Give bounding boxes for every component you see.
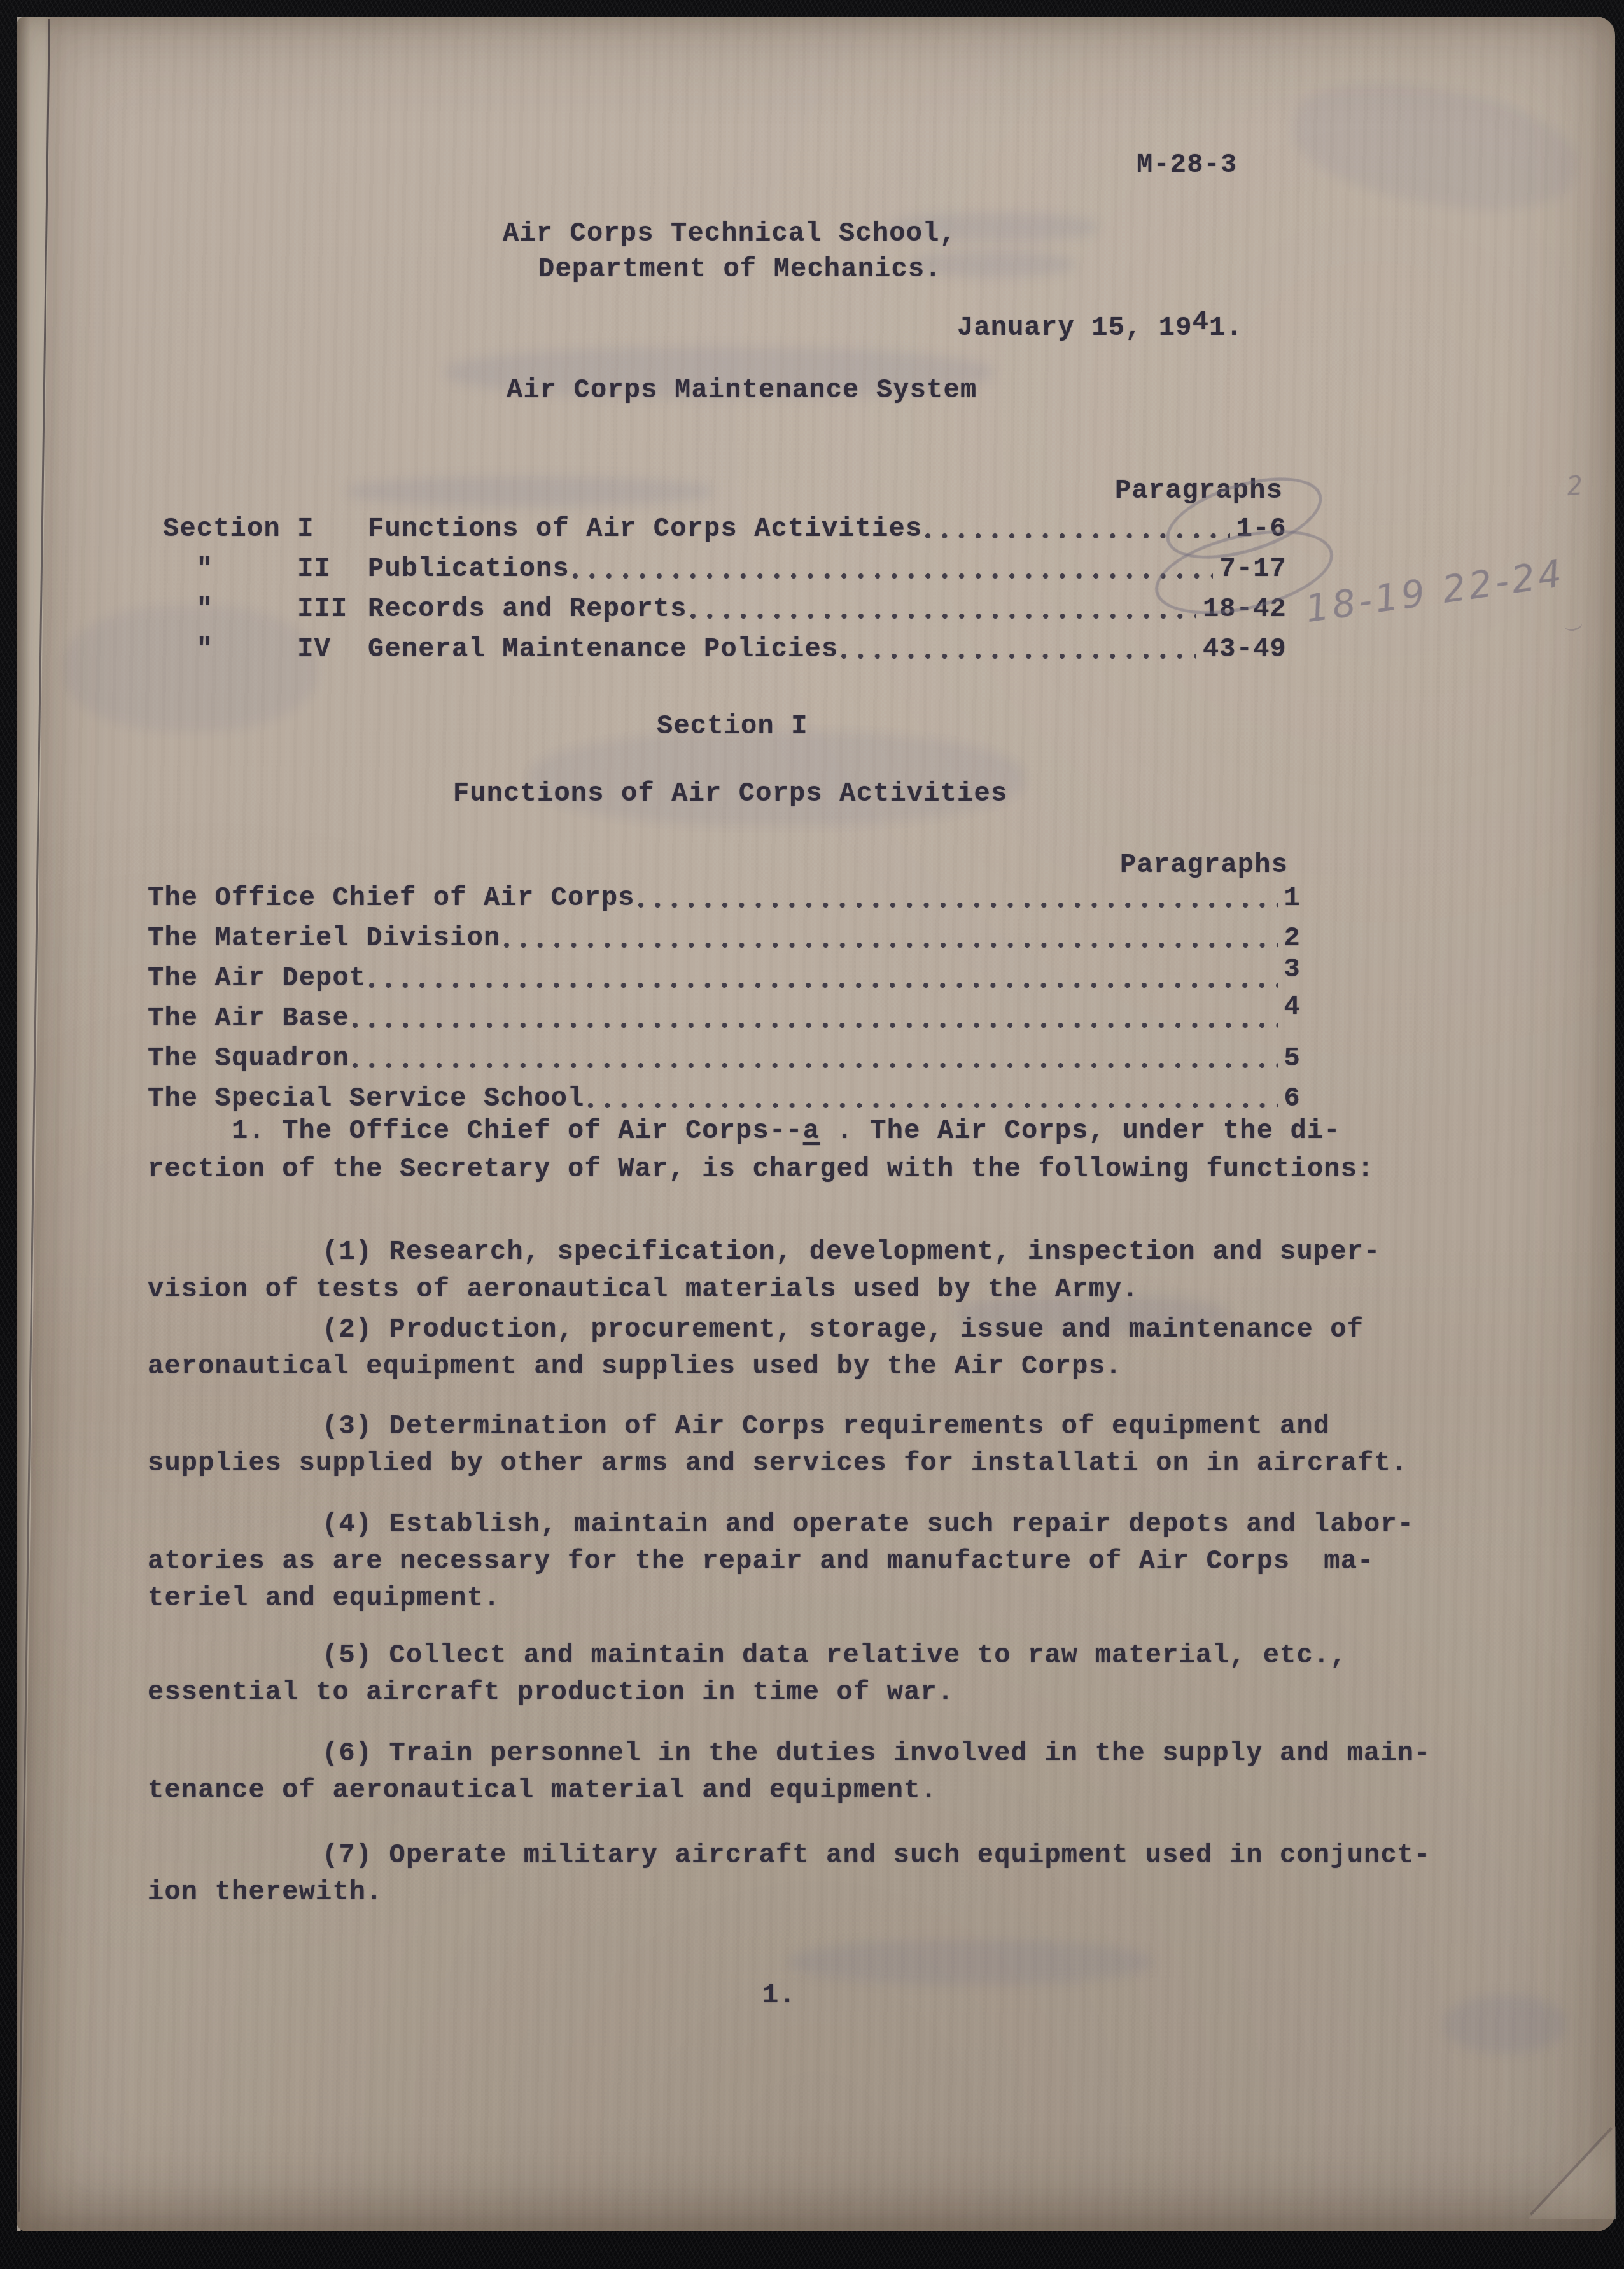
index-row-label: The Squadron [148,1044,349,1073]
index-row-label: The Air Depot [148,964,366,993]
page-number: 1. [762,1981,796,2010]
toc-row: " II Publications 7-17 [163,554,1287,584]
index-row-value: 1 [1284,883,1301,913]
index-row: The Squadron 5 [148,1044,1301,1073]
pencil-margin-mark: 2 [1565,472,1587,501]
bleed-through-smudge [347,476,713,507]
toc-row-value: 43-49 [1203,635,1287,664]
date-text: January 15, 19 [957,313,1193,343]
index-row-label: The Special Service School [148,1084,585,1113]
bleed-through-smudge [1445,1995,1565,2053]
index-row-value: 3 [1284,955,1301,984]
toc-leader-dots [689,594,1196,624]
index-row-value: 4 [1284,992,1301,1022]
paragraph-line: aeronautical equipment and supplies used… [148,1352,1122,1381]
index-leader-dots [586,1084,1278,1113]
page-content: M-28-3 Air Corps Technical School, Depar… [0,0,1624,2269]
bleed-through-smudge [789,1940,1152,1984]
paragraph-line: (3) Determination of Air Corps requireme… [322,1412,1330,1441]
underlined-letter: a [803,1116,820,1146]
pencil-handwritten-note: 18-19 22-24 [1303,554,1567,630]
book-cover-background: M-28-3 Air Corps Technical School, Depar… [0,0,1624,2269]
doc-number: M-28-3 [1137,150,1237,179]
toc-leader-dots [839,635,1196,664]
index-row: The Special Service School 6 [148,1084,1301,1113]
paragraph-line: atories as are necessary for the repair … [148,1547,1375,1576]
section-paragraphs-header: Paragraphs [1120,850,1288,880]
index-row-value: 5 [1284,1044,1301,1073]
paragraph-line: (6) Train personnel in the duties involv… [322,1739,1431,1768]
paragraph-line: tenance of aeronautical material and equ… [148,1776,937,1805]
index-row: The Materiel Division 2 [148,924,1301,953]
index-row-label: The Office Chief of Air Corps [148,883,635,913]
paragraph-text: 1. The Office Chief of Air Corps-- [232,1116,803,1146]
index-row: The Office Chief of Air Corps 1 [148,883,1301,913]
index-row-value: 6 [1284,1084,1301,1113]
paragraph-line: 1. The Office Chief of Air Corps--a . Th… [232,1116,1341,1146]
section-subheading: Functions of Air Corps Activities [453,779,1007,808]
paragraph-line: ion therewith. [148,1878,383,1907]
paragraph-line: essential to aircraft production in time… [148,1678,954,1707]
toc-row-label: Records and Reports [368,594,687,624]
index-row: The Air Base 4 [148,1004,1301,1033]
paragraph-line: supplies supplied by other arms and serv… [148,1449,1408,1478]
paragraph-line: teriel and equipment. [148,1584,501,1613]
toc-row: Section I Functions of Air Corps Activit… [163,514,1287,544]
org-line-school: Air Corps Technical School, [503,219,956,248]
toc-row: " IV General Maintenance Policies 43-49 [163,635,1287,664]
paragraph-line: (2) Production, procurement, storage, is… [322,1315,1364,1344]
date-line: January 15, 1941. [957,313,1243,342]
paragraph-line: rection of the Secretary of War, is char… [148,1155,1375,1184]
index-leader-dots [351,1004,1278,1033]
index-leader-dots [367,964,1277,993]
date-text: 1. [1209,313,1243,343]
bleed-through-smudge [1284,65,1586,227]
toc-row-section: " IV [163,635,368,664]
index-row-label: The Air Base [148,1004,349,1033]
toc-row-section: " II [163,554,368,584]
doc-title: Air Corps Maintenance System [507,376,977,405]
toc-row-label: Functions of Air Corps Activities [368,514,922,544]
paragraph-text: . The Air Corps, under the di- [820,1116,1341,1146]
index-leader-dots [351,1044,1278,1073]
paragraph-line: (4) Establish, maintain and operate such… [322,1510,1414,1539]
index-leader-dots [502,924,1278,953]
pencil-squiggle-mark [1564,617,1583,633]
index-row: The Air Depot 3 [148,964,1301,993]
paragraph-line: (1) Research, specification, development… [322,1237,1380,1267]
toc-row-section: Section I [163,514,368,544]
toc-leader-dots [571,554,1214,584]
index-leader-dots [636,883,1278,913]
section-heading: Section I [657,712,808,741]
date-raised-digit: 4 [1193,307,1209,337]
toc-row-label: Publications [368,554,570,584]
index-row-value: 2 [1284,924,1301,953]
toc-row-section: " III [163,594,368,624]
toc-row: " III Records and Reports 18-42 [163,594,1287,624]
org-line-department: Department of Mechanics. [538,255,942,284]
paragraph-line: vision of tests of aeronautical material… [148,1275,1139,1304]
index-row-label: The Materiel Division [148,924,501,953]
paragraph-line: (5) Collect and maintain data relative t… [322,1641,1347,1670]
paragraph-line: (7) Operate military aircraft and such e… [322,1841,1431,1870]
toc-row-label: General Maintenance Policies [368,635,838,664]
